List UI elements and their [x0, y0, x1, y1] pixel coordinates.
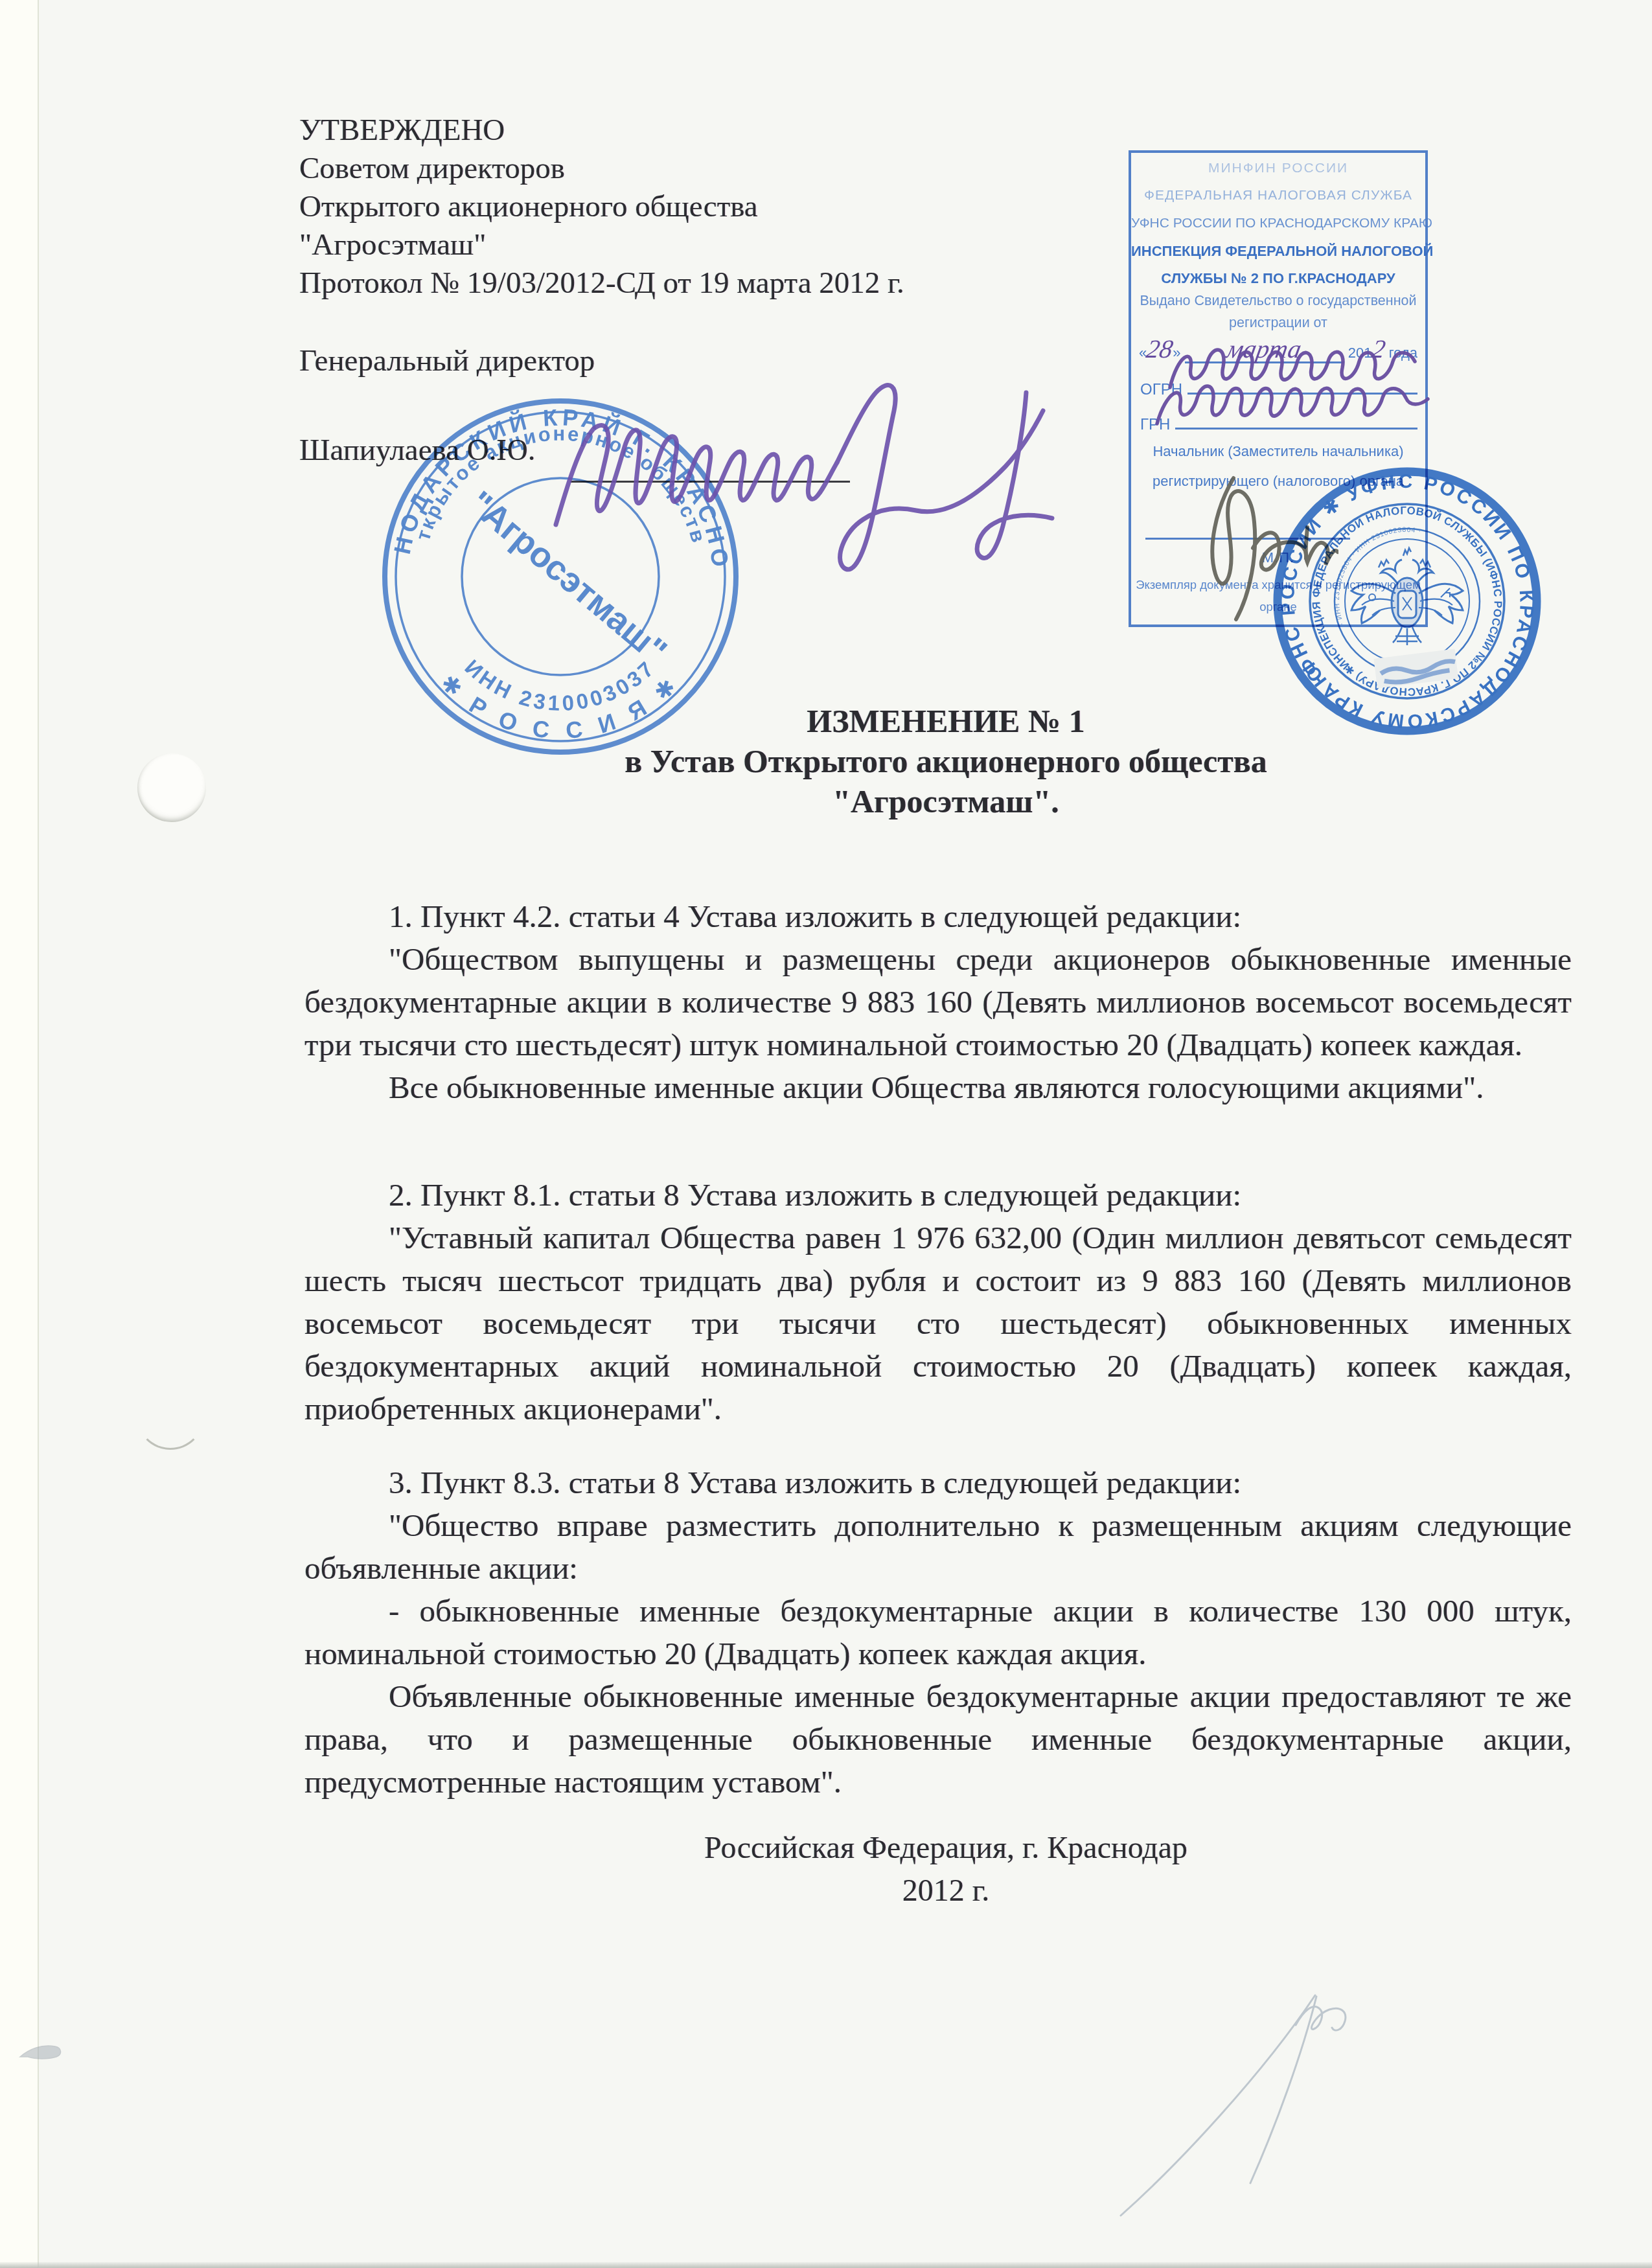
page-bottom-edge	[0, 2262, 1652, 2268]
grn-label: ГРН	[1140, 416, 1170, 434]
handwritten-month: марта	[1226, 339, 1303, 359]
section-heading: 2. Пункт 8.1. статьи 8 Устава изложить в…	[304, 1174, 1572, 1217]
hole-punch-top	[137, 753, 206, 822]
handwritten-year-digit: 2	[1370, 339, 1386, 359]
stamp-line: УФНС РОССИИ ПО КРАСНОДАРСКОМУ КРАЮ	[1131, 216, 1425, 231]
scanned-document-page: УТВЕРЖДЕНО Советом директоров Открытого …	[0, 0, 1652, 2268]
seal-company-name: "Агросэтмаш"	[462, 484, 674, 671]
ogrn-label: ОГРН	[1140, 381, 1182, 399]
printed-year: 201	[1348, 345, 1372, 361]
footer-line: 2012 г.	[363, 1870, 1529, 1912]
section-paragraph: "Общество вправе разместить дополнительн…	[304, 1504, 1572, 1590]
ogrn-row: ОГРН	[1140, 373, 1417, 399]
title-line: в Устав Открытого акционерного общества	[363, 741, 1529, 781]
approval-line: УТВЕРЖДЕНО	[299, 111, 904, 150]
section-paragraph: - обыкновенные именные бездокументарные …	[304, 1590, 1572, 1675]
scanner-edge-strip	[0, 0, 39, 2268]
year-suffix: года	[1389, 345, 1417, 361]
footer-line: Российская Федерация, г. Краснодар	[363, 1827, 1529, 1870]
stamp-line: регистрации от	[1131, 315, 1425, 331]
stamp-line: Выдано Свидетельство о государственной	[1131, 293, 1425, 309]
section-2: 2. Пункт 8.1. статьи 8 Устава изложить в…	[304, 1174, 1572, 1430]
section-paragraph: "Уставный капитал Общества равен 1 976 6…	[304, 1217, 1572, 1430]
hole-punch-bottom	[136, 1381, 205, 1450]
section-1: 1. Пункт 4.2. статьи 4 Устава изложить в…	[304, 895, 1572, 1109]
registration-date-row: « 28 » марта 201 2 года	[1139, 339, 1417, 363]
section-paragraph: "Обществом выпущены и размещены среди ак…	[304, 938, 1572, 1066]
section-paragraph: Все обыкновенные именные акции Общества …	[304, 1066, 1572, 1109]
approval-line: Протокол № 19/03/2012-СД от 19 марта 201…	[299, 264, 904, 303]
approval-line: Открытого акционерного общества	[299, 188, 904, 226]
section-heading: 1. Пункт 4.2. статьи 4 Устава изложить в…	[304, 895, 1572, 938]
section-3: 3. Пункт 8.3. статьи 8 Устава изложить в…	[304, 1461, 1572, 1804]
title-line: ИЗМЕНЕНИЕ № 1	[363, 701, 1529, 741]
section-paragraph: Объявленные обыкновенные именные бездоку…	[304, 1675, 1572, 1804]
stamp-line: ФЕДЕРАЛЬНАЯ НАЛОГОВАЯ СЛУЖБА	[1131, 188, 1425, 203]
grn-row: ГРН	[1140, 408, 1417, 434]
pencil-mark-bottom-right	[1101, 1969, 1373, 2228]
fns-ring-micro: · ИНН 2310023804 · ИНН 2310023804 ·	[1313, 517, 1444, 626]
fns-round-seal: ФНС РОССИИ ✱ УФНС РОССИИ ПО КРАСНОДАРСКО…	[1271, 465, 1543, 737]
document-title: ИЗМЕНЕНИЕ № 1 в Устав Открытого акционер…	[363, 701, 1529, 821]
director-title: Генеральный директор	[299, 343, 595, 378]
handwritten-day: 28	[1145, 339, 1175, 359]
approval-line: Советом директоров	[299, 150, 904, 188]
double-eagle-emblem	[1351, 548, 1463, 645]
stamp-line: ИНСПЕКЦИЯ ФЕДЕРАЛЬНОЙ НАЛОГОВОЙ	[1131, 243, 1425, 260]
document-footer: Российская Федерация, г. Краснодар 2012 …	[363, 1827, 1529, 1912]
approval-block: УТВЕРЖДЕНО Советом директоров Открытого …	[299, 111, 904, 303]
title-line: "Агросэтмаш".	[363, 781, 1529, 821]
stamp-line: СЛУЖБЫ № 2 ПО Г.КРАСНОДАРУ	[1131, 270, 1425, 287]
section-heading: 3. Пункт 8.3. статьи 8 Устава изложить в…	[304, 1461, 1572, 1504]
svg-text:· ИНН 2310023804 · ИНН 2310023: · ИНН 2310023804 · ИНН 2310023804 ·	[1313, 517, 1444, 626]
quote-mark: »	[1173, 345, 1180, 361]
approval-line: "Агросэтмаш"	[299, 226, 904, 264]
stamp-line: Начальник (Заместитель начальника)	[1131, 443, 1425, 460]
stamp-line: МИНФИН РОССИИ	[1131, 161, 1425, 176]
